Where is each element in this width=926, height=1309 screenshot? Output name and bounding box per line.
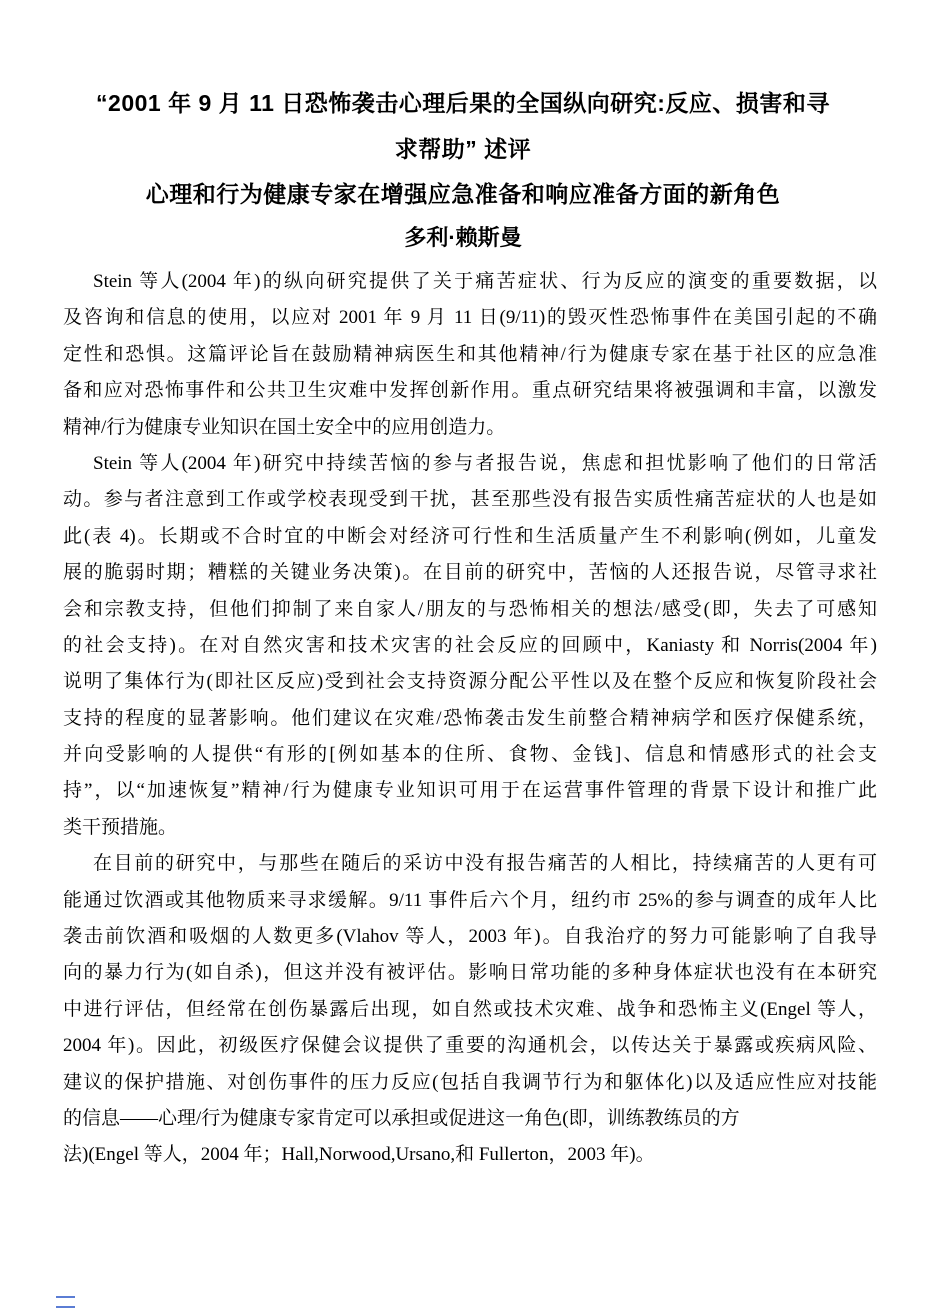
body-line: 定性和恐惧。这篇评论旨在鼓励精神病医生和其他精神/行为健康专家在基于社区的应急准 <box>63 337 877 373</box>
body-line: 的社会支持)。在对自然灾害和技术灾害的社会反应的回顾中，Kaniasty 和 N… <box>63 628 877 664</box>
document-author: 多利·赖斯曼 <box>0 216 926 260</box>
document-body: Stein 等人(2004 年)的纵向研究提供了关于痛苦症状、行为反应的演变的重… <box>63 264 877 1174</box>
body-line: 及咨询和信息的使用，以应对 2001 年 9 月 11 日(9/11)的毁灭性恐… <box>63 300 877 336</box>
body-line: 向的暴力行为(如自杀)，但这并没有被评估。影响日常功能的多种身体症状也没有在本研… <box>63 955 877 991</box>
page-bottom-mark <box>56 1296 75 1308</box>
body-line: 备和应对恐怖事件和公共卫生灾难中发挥创新作用。重点研究结果将被强调和丰富，以激发 <box>63 373 877 409</box>
body-line: 法)(Engel 等人，2004 年；Hall,Norwood,Ursano,和… <box>63 1137 877 1173</box>
body-line: 并向受影响的人提供“有形的[例如基本的住所、食物、金钱]、信息和情感形式的社会支 <box>63 737 877 773</box>
body-line: 动。参与者注意到工作或学校表现受到干扰，甚至那些没有报告实质性痛苦症状的人也是如 <box>63 482 877 518</box>
body-line: 会和宗教支持，但他们抑制了来自家人/朋友的与恐怖相关的想法/感受(即，失去了可感… <box>63 592 877 628</box>
body-line: 持”，以“加速恢复”精神/行为健康专业知识可用于在运营事件管理的背景下设计和推广… <box>63 773 877 809</box>
document-page: “2001 年 9 月 11 日恐怖袭击心理后果的全国纵向研究:反应、损害和寻 … <box>0 0 926 1309</box>
body-line: 能通过饮酒或其他物质来寻求缓解。9/11 事件后六个月，纽约市 25%的参与调查… <box>63 883 877 919</box>
body-line: 袭击前饮酒和吸烟的人数更多(Vlahov 等人，2003 年)。自我治疗的努力可… <box>63 919 877 955</box>
document-title: “2001 年 9 月 11 日恐怖袭击心理后果的全国纵向研究:反应、损害和寻 … <box>0 80 926 172</box>
body-line: 说明了集体行为(即社区反应)受到社会支持资源分配公平性以及在整个反应和恢复阶段社… <box>63 664 877 700</box>
body-line: Stein 等人(2004 年)研究中持续苦恼的参与者报告说，焦虑和担忧影响了他… <box>63 446 877 482</box>
body-line: 中进行评估，但经常在创伤暴露后出现，如自然或技术灾难、战争和恐怖主义(Engel… <box>63 992 877 1028</box>
document-subtitle: 心理和行为健康专家在增强应急准备和响应准备方面的新角色 <box>0 172 926 216</box>
title-line-2: 求帮助” 述评 <box>0 126 926 172</box>
body-line: 此(表 4)。长期或不合时宜的中断会对经济可行性和生活质量产生不利影响(例如，儿… <box>63 519 877 555</box>
body-line: Stein 等人(2004 年)的纵向研究提供了关于痛苦症状、行为反应的演变的重… <box>63 264 877 300</box>
title-line-1: “2001 年 9 月 11 日恐怖袭击心理后果的全国纵向研究:反应、损害和寻 <box>0 80 926 126</box>
body-line: 支持的程度的显著影响。他们建议在灾难/恐怖袭击发生前整合精神病学和医疗保健系统， <box>63 701 877 737</box>
body-line: 建议的保护措施、对创伤事件的压力反应(包括自我调节行为和躯体化)以及适应性应对技… <box>63 1065 877 1101</box>
document-header: “2001 年 9 月 11 日恐怖袭击心理后果的全国纵向研究:反应、损害和寻 … <box>0 80 926 260</box>
body-line: 的信息——心理/行为健康专家肯定可以承担或促进这一角色(即，训练教练员的方 <box>63 1101 877 1137</box>
body-line: 2004 年)。因此，初级医疗保健会议提供了重要的沟通机会，以传达关于暴露或疾病… <box>63 1028 877 1064</box>
body-line: 在目前的研究中，与那些在随后的采访中没有报告痛苦的人相比，持续痛苦的人更有可 <box>63 846 877 882</box>
body-line: 展的脆弱时期；糟糕的关键业务决策)。在目前的研究中，苦恼的人还报告说，尽管寻求社 <box>63 555 877 591</box>
body-line: 精神/行为健康专业知识在国土安全中的应用创造力。 <box>63 410 877 446</box>
body-line: 类干预措施。 <box>63 810 877 846</box>
